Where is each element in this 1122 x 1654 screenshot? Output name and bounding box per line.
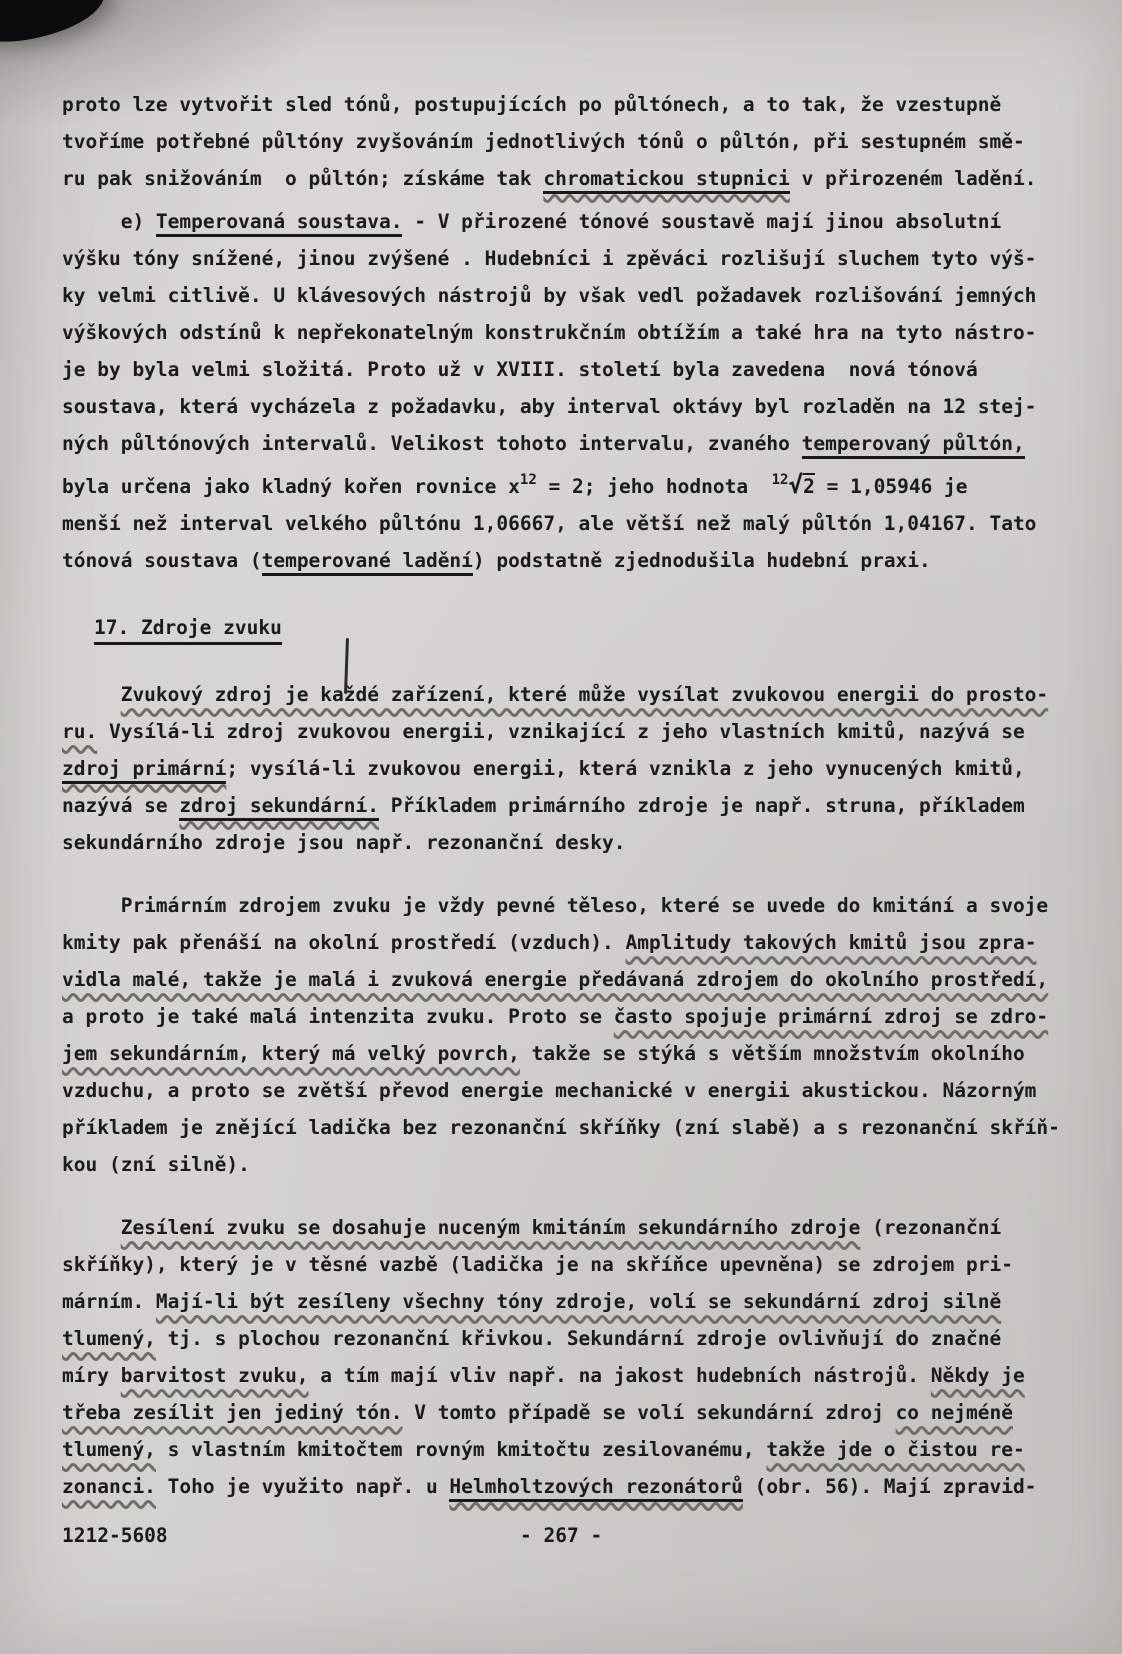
text-segment: √ (789, 470, 804, 499)
underlined-text: Amplitudy takových kmitů jsou zpra- (626, 931, 1037, 954)
text-line: zdroj primární; vysílá-li zvukovou energ… (62, 750, 1072, 787)
text-line: výšku tóny snížené, jinou zvýšené . Hude… (62, 240, 1072, 277)
text-segment: sekundárního zdroje jsou např. rezonančn… (62, 831, 626, 854)
text-segment: soustava, která vycházela z požadavku, a… (62, 395, 1036, 418)
text-line: proto lze vytvořit sled tónů, postupujíc… (62, 86, 1072, 123)
text-segment: byla určena jako kladný kořen rovnice x (62, 475, 520, 498)
text-segment: Toho je využito např. u (156, 1475, 450, 1498)
scan-corner-artifact (0, 0, 110, 49)
text-segment: menší než interval velkého půltónu 1,066… (62, 512, 1036, 535)
text-line: kmity pak přenáší na okolní prostředí (v… (62, 924, 1072, 961)
text-segment: ných půltónových intervalů. Velikost toh… (62, 432, 802, 455)
text-segment: nazývá se (62, 794, 179, 817)
page-footer: 1212-5608 - 267 - (62, 1517, 1072, 1554)
underlined-text: zdroj primární (62, 757, 226, 784)
text-line: vzduchu, a proto se zvětší převod energi… (62, 1072, 1072, 1109)
underlined-text: Zesílení zvuku se dosahuje nuceným kmitá… (121, 1216, 861, 1239)
text-segment: tónová soustava ( (62, 549, 262, 572)
text-segment: 12 (520, 472, 537, 488)
paragraph: Zvukový zdroj je každé zařízení, které m… (62, 676, 1072, 861)
text-segment: v přirozeném ladění. (790, 167, 1037, 190)
text-line: menší než interval velkého půltónu 1,066… (62, 505, 1072, 542)
underlined-text: Někdy je (931, 1364, 1025, 1387)
text-line: skříňky), který je v těsné vazbě (ladičk… (62, 1246, 1072, 1283)
underlined-text: třeba zesílit jen jediný tón. (62, 1401, 402, 1424)
text-segment: a tím mají vliv např. na jakost hudebníc… (309, 1364, 931, 1387)
text-line: je by byla velmi složitá. Proto už v XVI… (62, 351, 1072, 388)
text-line: tlumený, tj. s plochou rezonanční křivko… (62, 1320, 1072, 1357)
text-segment (62, 683, 121, 706)
text-segment: vzduchu, a proto se zvětší převod energi… (62, 1079, 1036, 1102)
text-line: soustava, která vycházela z požadavku, a… (62, 388, 1072, 425)
text-segment: = 2; jeho hodnota (537, 475, 772, 498)
underlined-text: Helmholtzových rezonátorů (449, 1475, 743, 1502)
underlined-text: Temperovaná soustava. (156, 210, 403, 237)
underlined-text: ru. (62, 720, 97, 743)
text-line: ných půltónových intervalů. Velikost toh… (62, 425, 1072, 462)
text-segment: ; vysílá-li zvukovou energii, která vzni… (226, 757, 1024, 780)
underlined-text: chromatickou stupnici (543, 167, 790, 194)
text-segment: příkladem je znějící ladička bez rezonan… (62, 1116, 1060, 1139)
text-segment: proto lze vytvořit sled tónů, postupujíc… (62, 93, 1001, 116)
paragraph: proto lze vytvořit sled tónů, postupujíc… (62, 86, 1072, 197)
text-segment: tj. s plochou rezonanční křivkou. Sekund… (156, 1327, 1001, 1350)
paragraph: e) Temperovaná soustava. - V přirozené t… (62, 203, 1072, 579)
text-segment: Vysílá-li zdroj zvukovou energii, vznika… (97, 720, 1024, 743)
text-segment: tvoříme potřebné půltóny zvyšováním jedn… (62, 130, 1025, 153)
text-line: výškových odstínů k nepřekonatelným kons… (62, 314, 1072, 351)
text-segment: s vlastním kmitočtem rovným kmitočtu zes… (156, 1438, 766, 1461)
text-segment: e) (62, 210, 156, 233)
text-line: tlumený, s vlastním kmitočtem rovným kmi… (62, 1431, 1072, 1468)
text-segment: (obr. 56). Mají zpravid- (743, 1475, 1037, 1498)
text-segment: ru pak snižováním o půltón; získáme tak (62, 167, 543, 190)
text-segment: výšku tóny snížené, jinou zvýšené . Hude… (62, 247, 1036, 270)
underlined-text: zonanci. (62, 1475, 156, 1498)
text-line: Primárním zdrojem zvuku je vždy pevné tě… (62, 887, 1072, 924)
underlined-text: zdroj sekundární. (179, 794, 379, 821)
underlined-text: co nejméně (896, 1401, 1013, 1424)
text-line: Zvukový zdroj je každé zařízení, které m… (62, 676, 1072, 713)
text-line: kou (zní silně). (62, 1146, 1072, 1183)
text-segment: skříňky), který je v těsné vazbě (ladičk… (62, 1253, 1013, 1276)
text-line: ru. Vysílá-li zdroj zvukovou energii, vz… (62, 713, 1072, 750)
text-line: tónová soustava (temperované ladění) pod… (62, 542, 1072, 579)
text-line: zonanci. Toho je využito např. u Helmhol… (62, 1468, 1072, 1505)
text-line: ky velmi citlivě. U klávesových nástrojů… (62, 277, 1072, 314)
text-line: tvoříme potřebné půltóny zvyšováním jedn… (62, 123, 1072, 160)
paragraph: Primárním zdrojem zvuku je vždy pevné tě… (62, 887, 1072, 1183)
text-segment: - V přirozené tónové soustavě mají jinou… (402, 210, 1001, 233)
underlined-text: tlumený, (62, 1438, 156, 1461)
text-line: Zesílení zvuku se dosahuje nuceným kmitá… (62, 1209, 1072, 1246)
text-line: byla určena jako kladný kořen rovnice x1… (62, 462, 1072, 505)
text-line: nazývá se zdroj sekundární. Příkladem pr… (62, 787, 1072, 824)
text-segment: V tomto případě se volí sekundární zdroj (402, 1401, 895, 1424)
text-segment: je by byla velmi složitá. Proto už v XVI… (62, 358, 978, 381)
text-segment: kou (zní silně). (62, 1153, 250, 1176)
text-line: míry barvitost zvuku, a tím mají vliv na… (62, 1357, 1072, 1394)
footer-document-number: 1212-5608 (62, 1517, 168, 1554)
underlined-text: temperovaný půltón, (802, 432, 1025, 459)
footer-page-number: - 267 - (520, 1517, 602, 1554)
text-segment: míry (62, 1364, 121, 1387)
text-segment: 12 (772, 472, 789, 488)
paragraph: Zesílení zvuku se dosahuje nuceným kmitá… (62, 1209, 1072, 1505)
text-segment (62, 1216, 121, 1239)
underlined-text: takže jde o čistou re- (766, 1438, 1024, 1461)
text-segment: takže se stýká s větším množstvím okolní… (520, 1042, 1025, 1065)
text-segment: výškových odstínů k nepřekonatelným kons… (62, 321, 1036, 344)
underlined-text: jem sekundárním, který má velký povrch, (62, 1042, 520, 1065)
text-segment: Primárním zdrojem zvuku je vždy pevné tě… (62, 894, 1048, 917)
underlined-text: Zvukový zdroj je každé zařízení, které m… (121, 683, 1048, 706)
text-line: příkladem je znějící ladička bez rezonan… (62, 1109, 1072, 1146)
text-line: jem sekundárním, který má velký povrch, … (62, 1035, 1072, 1072)
text-block-top: proto lze vytvořit sled tónů, postupujíc… (62, 86, 1072, 579)
text-line: márním. Mají-li být zesíleny všechny tón… (62, 1283, 1072, 1320)
text-line: ru pak snižováním o půltón; získáme tak … (62, 160, 1072, 197)
page-text: proto lze vytvořit sled tónů, postupujíc… (62, 86, 1072, 1554)
underlined-text: vidla malé, takže je malá i zvuková ener… (62, 968, 1048, 991)
text-block-bottom: Zvukový zdroj je každé zařízení, které m… (62, 676, 1072, 1505)
underlined-text: temperované ladění (262, 549, 473, 576)
text-segment: 2 (803, 473, 815, 498)
text-line: třeba zesílit jen jediný tón. V tomto př… (62, 1394, 1072, 1431)
document-page: proto lze vytvořit sled tónů, postupujíc… (0, 0, 1122, 1654)
text-line: sekundárního zdroje jsou např. rezonančn… (62, 824, 1072, 861)
underlined-text: často spojuje primární zdroj se zdro- (614, 1005, 1048, 1028)
underlined-text: barvitost zvuku, (121, 1364, 309, 1387)
text-line: vidla malé, takže je malá i zvuková ener… (62, 961, 1072, 998)
text-segment: kmity pak přenáší na okolní prostředí (v… (62, 931, 626, 954)
text-line: e) Temperovaná soustava. - V přirozené t… (62, 203, 1072, 240)
underlined-text: tlumený, (62, 1327, 156, 1350)
text-segment: márním. (62, 1290, 156, 1313)
text-segment: a proto je také malá intenzita zvuku. Pr… (62, 1005, 614, 1028)
text-segment: = 1,05946 je (815, 475, 968, 498)
text-segment: ) podstatně zjednodušila hudební praxi. (473, 549, 931, 572)
section-heading: 17. Zdroje zvuku (94, 609, 1072, 646)
text-segment: (rezonanční (860, 1216, 1001, 1239)
text-segment: ky velmi citlivě. U klávesových nástrojů… (62, 284, 1036, 307)
text-line: a proto je také malá intenzita zvuku. Pr… (62, 998, 1072, 1035)
text-segment: Příkladem primárního zdroje je např. str… (379, 794, 1025, 817)
underlined-text: Mají-li být zesíleny všechny tóny zdroje… (156, 1290, 1001, 1313)
section-heading-text: 17. Zdroje zvuku (94, 616, 282, 645)
